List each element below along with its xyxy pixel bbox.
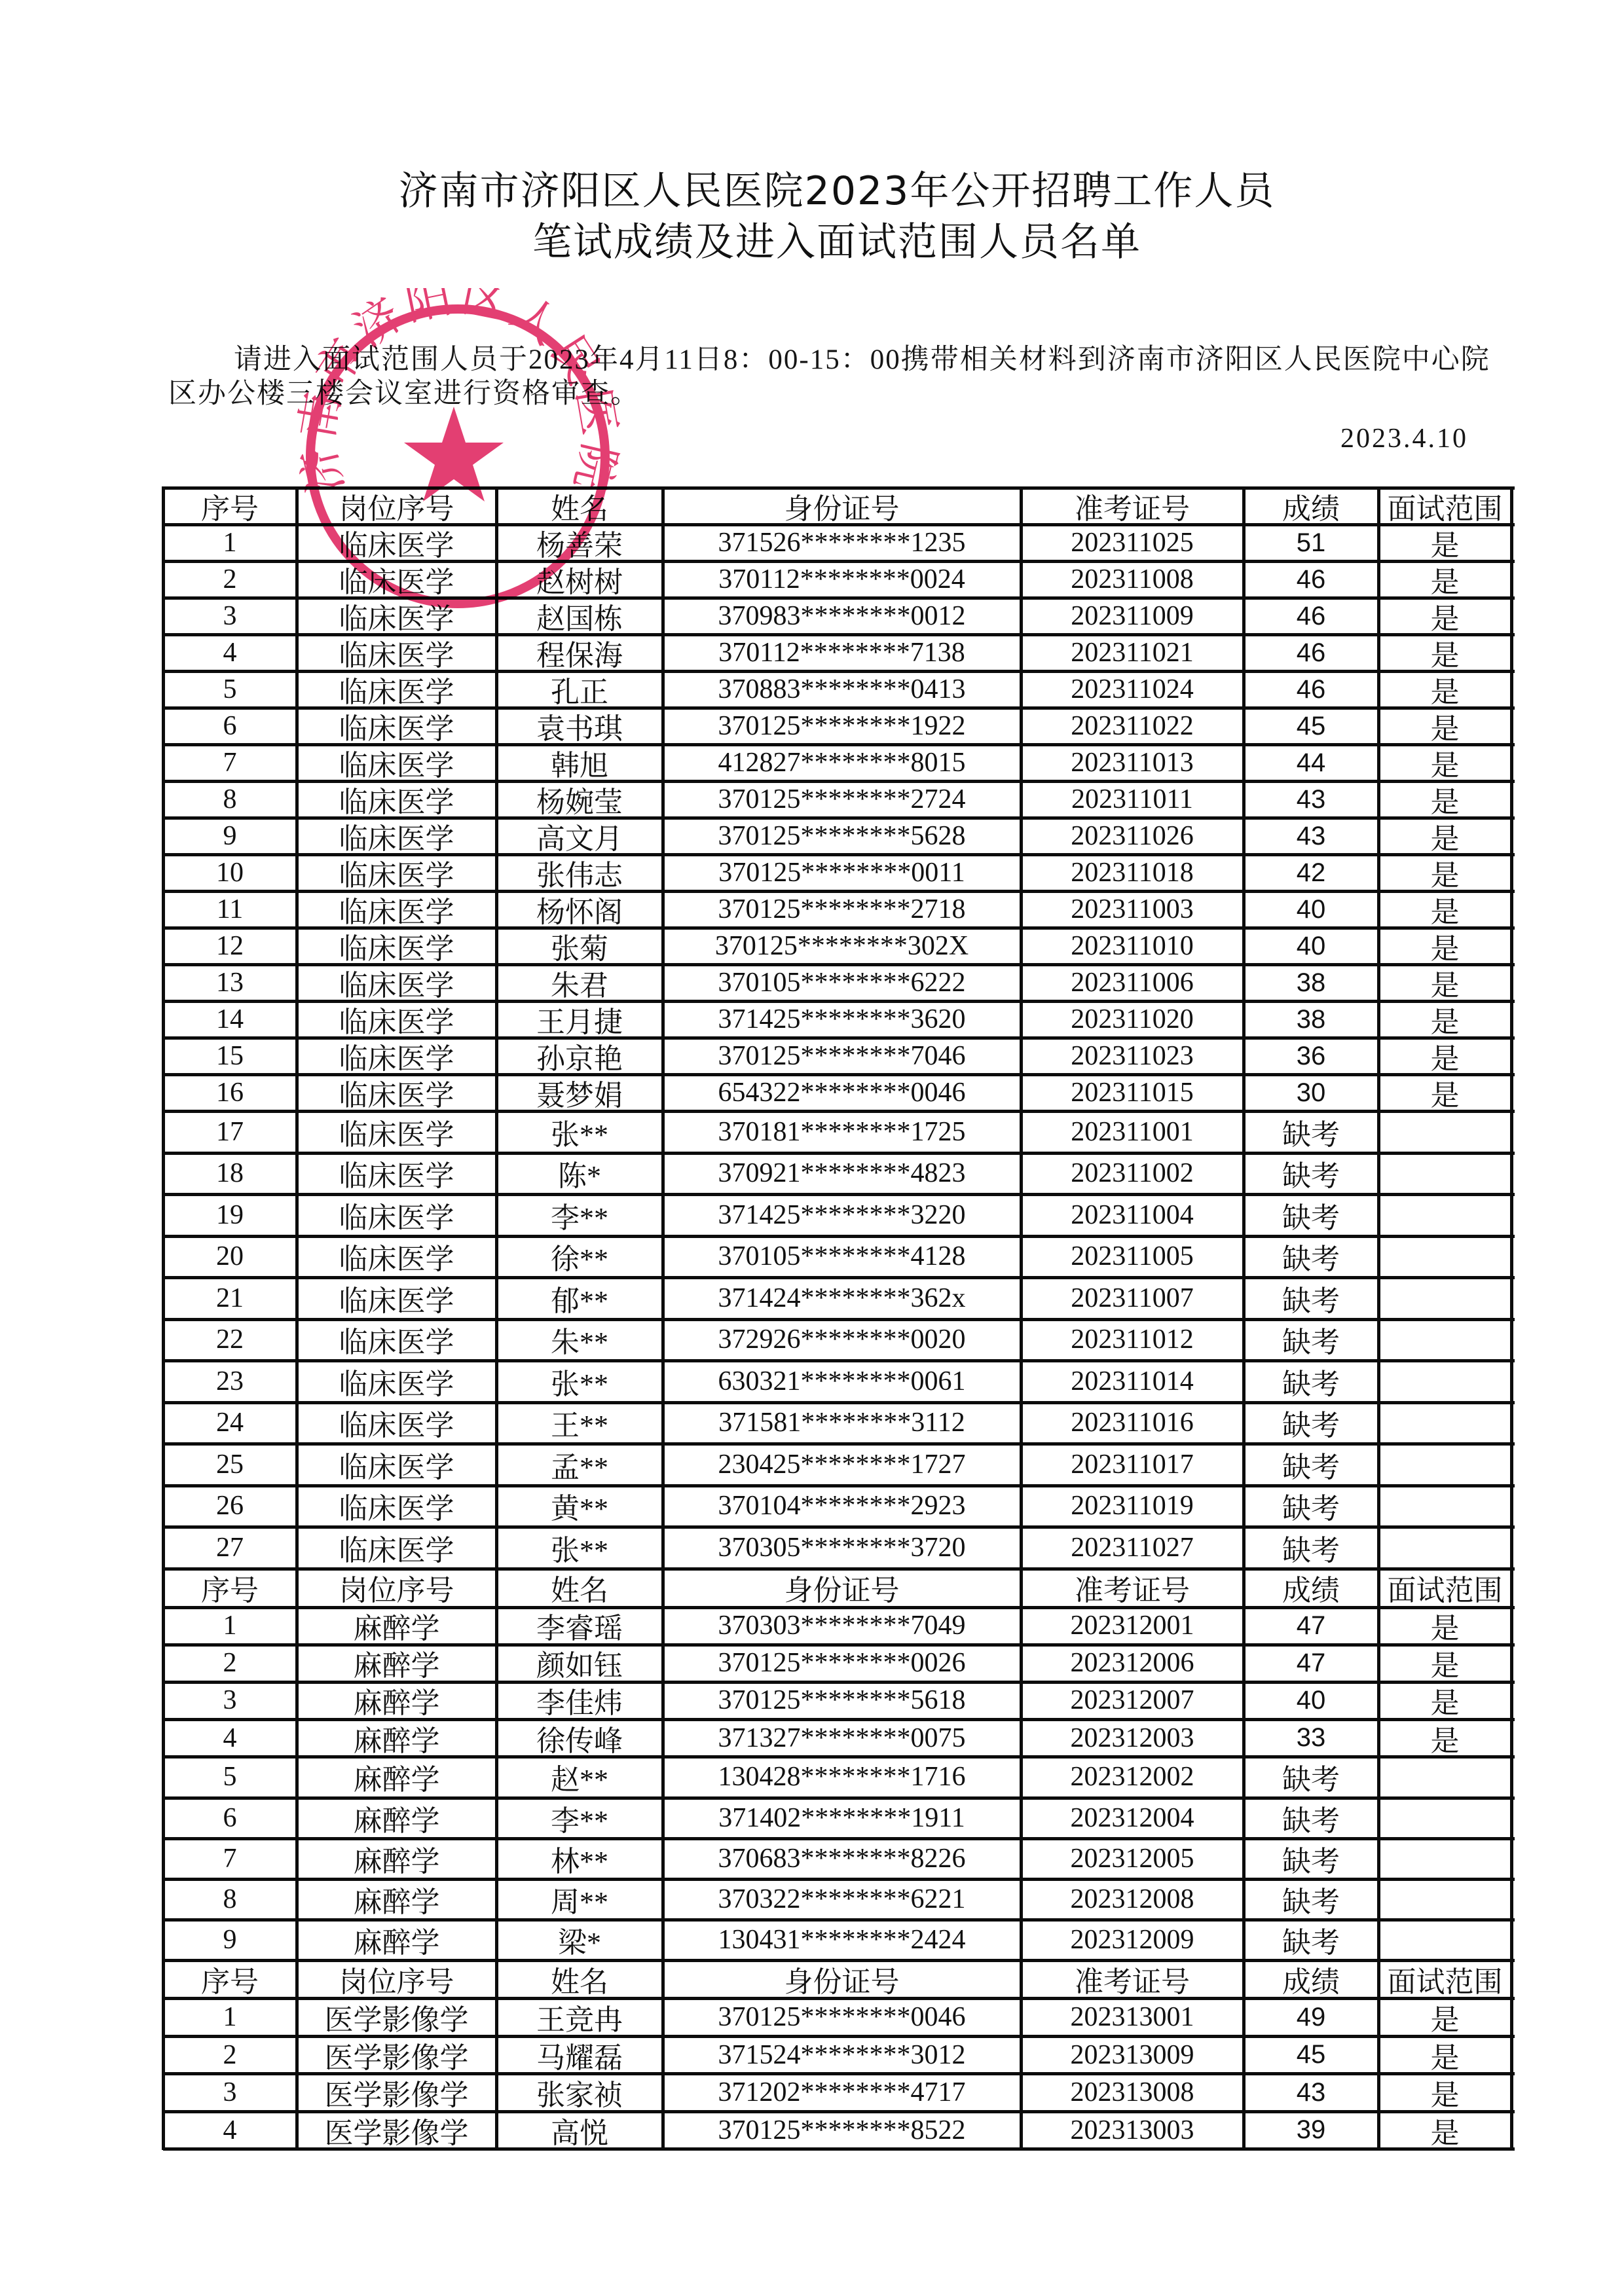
table-cell-interview [1378,1485,1511,1527]
table-cell-exam-number: 202311014 [1021,1360,1244,1402]
table-cell-seq: 5 [163,671,297,708]
table-cell-score: 43 [1244,818,1378,854]
table-cell-position: 临床医学 [297,598,496,634]
table-cell-interview [1378,1527,1511,1569]
table-cell-id-number: 370983********0012 [663,598,1021,634]
table-cell-id-number: 371327********0075 [663,1719,1021,1757]
table-cell-id-number: 370104********2923 [663,1485,1021,1527]
column-header-position: 岗位序号 [297,1569,496,1607]
column-header-score: 成绩 [1244,1569,1378,1607]
table-cell-score: 36 [1244,1038,1378,1074]
table-row-divider [163,2147,1515,2151]
table-cell-position: 临床医学 [297,928,496,964]
table-cell-position: 麻醉学 [297,1682,496,1719]
table-cell-id-number: 370125********8522 [663,2111,1021,2149]
table-cell-score: 缺考 [1244,1277,1378,1319]
column-header-score: 成绩 [1244,488,1378,524]
column-header-seq: 序号 [163,488,297,524]
table-cell-score: 缺考 [1244,1757,1378,1797]
table-cell-score: 46 [1244,634,1378,671]
table-cell-score: 45 [1244,2036,1378,2074]
column-header-exam-number: 准考证号 [1021,1569,1244,1607]
table-cell-score: 38 [1244,1001,1378,1038]
table-cell-id-number: 370683********8226 [663,1838,1021,1879]
table-cell-position: 麻醉学 [297,1645,496,1682]
table-cell-interview: 是 [1378,928,1511,964]
table-cell-position: 临床医学 [297,818,496,854]
table-cell-seq: 7 [163,1838,297,1879]
table-cell-name: 张伟志 [496,854,663,891]
table-cell-id-number: 370125********7046 [663,1038,1021,1074]
table-cell-exam-number: 202311023 [1021,1038,1244,1074]
table-cell-name: 高悦 [496,2111,663,2149]
table-row-divider [163,1959,1515,1962]
table-cell-name: 马耀磊 [496,2036,663,2074]
table-cell-seq: 22 [163,1319,297,1361]
table-cell-seq: 3 [163,598,297,634]
column-header-exam-number: 准考证号 [1021,488,1244,524]
table-cell-score: 40 [1244,1682,1378,1719]
table-cell-name: 赵树树 [496,561,663,598]
table-cell-seq: 21 [163,1277,297,1319]
table-cell-id-number: 370125********0011 [663,854,1021,891]
table-cell-interview [1378,1153,1511,1195]
table-cell-seq: 18 [163,1153,297,1195]
table-cell-score: 40 [1244,928,1378,964]
table-cell-id-number: 371424********362x [663,1277,1021,1319]
table-cell-position: 临床医学 [297,1444,496,1485]
table-row-divider [163,1796,1515,1800]
table-cell-exam-number: 202313009 [1021,2036,1244,2074]
table-row-divider [163,926,1515,930]
table-cell-id-number: 370125********2724 [663,781,1021,818]
table-cell-exam-number: 202313008 [1021,2073,1244,2111]
table-cell-position: 麻醉学 [297,1719,496,1757]
table-cell-exam-number: 202311027 [1021,1527,1244,1569]
table-cell-id-number: 370181********1725 [663,1111,1021,1153]
table-cell-seq: 6 [163,708,297,744]
table-row-divider [163,1681,1515,1684]
table-cell-name: 袁书琪 [496,708,663,744]
table-cell-score: 缺考 [1244,1920,1378,1960]
table-cell-seq: 6 [163,1798,297,1838]
table-cell-id-number: 371581********3112 [663,1402,1021,1444]
table-row-divider [163,1567,1515,1571]
table-cell-exam-number: 202311015 [1021,1074,1244,1111]
table-cell-id-number: 370112********0024 [663,561,1021,598]
table-cell-position: 麻醉学 [297,1879,496,1920]
table-cell-id-number: 370112********7138 [663,634,1021,671]
table-cell-exam-number: 202312009 [1021,1920,1244,1960]
table-cell-name: 周** [496,1879,663,1920]
table-cell-name: 张菊 [496,928,663,964]
table-cell-name: 孟** [496,1444,663,1485]
table-cell-exam-number: 202312001 [1021,1607,1244,1645]
table-cell-exam-number: 202311021 [1021,634,1244,671]
table-row-divider [163,1755,1515,1758]
table-cell-id-number: 370105********6222 [663,964,1021,1001]
table-cell-id-number: 372926********0020 [663,1319,1021,1361]
table-cell-seq: 27 [163,1527,297,1569]
table-cell-score: 39 [1244,2111,1378,2149]
table-cell-seq: 11 [163,891,297,928]
table-cell-name: 程保海 [496,634,663,671]
table-cell-interview: 是 [1378,561,1511,598]
table-cell-name: 张** [496,1360,663,1402]
table-cell-name: 杨怀阁 [496,891,663,928]
table-cell-seq: 20 [163,1236,297,1278]
table-column-divider [661,486,665,2150]
table-cell-seq: 25 [163,1444,297,1485]
column-header-score: 成绩 [1244,1960,1378,1998]
table-cell-position: 临床医学 [297,1319,496,1361]
table-cell-seq: 2 [163,2036,297,2074]
table-cell-interview: 是 [1378,1719,1511,1757]
table-cell-exam-number: 202311019 [1021,1485,1244,1527]
table-row-divider [163,890,1515,893]
table-cell-position: 临床医学 [297,1527,496,1569]
table-cell-name: 郁** [496,1277,663,1319]
column-header-interview: 面试范围 [1378,488,1511,524]
table-cell-id-number: 412827********8015 [663,744,1021,781]
table-row-divider [163,670,1515,673]
column-header-exam-number: 准考证号 [1021,1960,1244,1998]
table-row-divider [163,1525,1515,1529]
table-cell-seq: 8 [163,781,297,818]
table-cell-position: 临床医学 [297,891,496,928]
table-cell-interview [1378,1444,1511,1485]
table-cell-name: 朱君 [496,964,663,1001]
table-cell-name: 张家祯 [496,2073,663,2111]
table-cell-name: 陈* [496,1153,663,1195]
table-cell-score: 缺考 [1244,1194,1378,1236]
table-cell-seq: 17 [163,1111,297,1153]
table-cell-exam-number: 202311022 [1021,708,1244,744]
table-cell-interview: 是 [1378,1682,1511,1719]
table-cell-interview: 是 [1378,1998,1511,2036]
table-cell-interview: 是 [1378,854,1511,891]
table-cell-exam-number: 202311007 [1021,1277,1244,1319]
table-cell-exam-number: 202311013 [1021,744,1244,781]
table-column-divider [1377,486,1380,2150]
table-cell-seq: 3 [163,2073,297,2111]
table-cell-seq: 4 [163,634,297,671]
table-cell-score: 43 [1244,781,1378,818]
table-row-divider [163,1442,1515,1446]
table-cell-name: 李** [496,1798,663,1838]
table-cell-interview: 是 [1378,634,1511,671]
table-cell-id-number: 130428********1716 [663,1757,1021,1797]
table-cell-score: 缺考 [1244,1153,1378,1195]
table-cell-position: 临床医学 [297,708,496,744]
table-cell-interview: 是 [1378,2073,1511,2111]
table-row-divider [163,816,1515,820]
table-cell-position: 临床医学 [297,1111,496,1153]
table-cell-interview [1378,1194,1511,1236]
table-cell-score: 缺考 [1244,1798,1378,1838]
table-cell-position: 临床医学 [297,1038,496,1074]
table-cell-position: 临床医学 [297,964,496,1001]
table-cell-exam-number: 202311011 [1021,781,1244,818]
table-cell-id-number: 370125********5628 [663,818,1021,854]
table-cell-position: 临床医学 [297,781,496,818]
table-cell-exam-number: 202311008 [1021,561,1244,598]
table-row-divider [163,596,1515,600]
table-cell-id-number: 370921********4823 [663,1153,1021,1195]
table-cell-score: 缺考 [1244,1485,1378,1527]
table-row-divider [163,743,1515,746]
table-cell-exam-number: 202311003 [1021,891,1244,928]
table-cell-seq: 1 [163,1998,297,2036]
table-cell-position: 临床医学 [297,1001,496,1038]
table-cell-name: 张** [496,1527,663,1569]
table-cell-position: 临床医学 [297,1194,496,1236]
table-row-divider [163,1718,1515,1721]
column-header-name: 姓名 [496,488,663,524]
table-row-divider [163,963,1515,966]
table-cell-exam-number: 202313001 [1021,1998,1244,2036]
table-cell-exam-number: 202311012 [1021,1319,1244,1361]
table-cell-seq: 2 [163,1645,297,1682]
table-cell-position: 临床医学 [297,854,496,891]
score-table: 序号岗位序号姓名身份证号准考证号成绩面试范围1临床医学杨善荣371526****… [0,0,1624,2296]
table-cell-id-number: 370125********302X [663,928,1021,964]
table-cell-score: 缺考 [1244,1838,1378,1879]
table-cell-score: 43 [1244,2073,1378,2111]
table-cell-id-number: 371526********1235 [663,524,1021,561]
table-cell-interview: 是 [1378,744,1511,781]
table-cell-interview [1378,1838,1511,1879]
table-cell-exam-number: 202312002 [1021,1757,1244,1797]
table-cell-position: 临床医学 [297,1360,496,1402]
table-cell-interview: 是 [1378,1074,1511,1111]
column-header-id-number: 身份证号 [663,1569,1021,1607]
table-row-divider [163,1401,1515,1404]
table-cell-seq: 13 [163,964,297,1001]
table-cell-seq: 4 [163,2111,297,2149]
table-cell-interview: 是 [1378,1038,1511,1074]
table-cell-interview: 是 [1378,524,1511,561]
column-header-seq: 序号 [163,1569,297,1607]
column-header-seq: 序号 [163,1960,297,1998]
table-cell-exam-number: 202311004 [1021,1194,1244,1236]
table-row-divider [163,523,1515,526]
table-cell-name: 黄** [496,1485,663,1527]
table-cell-interview: 是 [1378,891,1511,928]
table-cell-position: 临床医学 [297,634,496,671]
table-cell-id-number: 370125********0046 [663,1998,1021,2036]
table-cell-score: 缺考 [1244,1444,1378,1485]
table-cell-score: 33 [1244,1719,1378,1757]
table-cell-score: 缺考 [1244,1879,1378,1920]
table-cell-exam-number: 202311018 [1021,854,1244,891]
table-cell-position: 麻醉学 [297,1607,496,1645]
table-cell-name: 李佳炜 [496,1682,663,1719]
table-cell-position: 临床医学 [297,1402,496,1444]
table-cell-score: 51 [1244,524,1378,561]
table-cell-interview: 是 [1378,598,1511,634]
table-row-divider [163,1837,1515,1840]
table-cell-seq: 24 [163,1402,297,1444]
table-cell-interview: 是 [1378,818,1511,854]
table-cell-exam-number: 202311025 [1021,524,1244,561]
table-cell-interview: 是 [1378,1645,1511,1682]
table-cell-name: 李睿瑶 [496,1607,663,1645]
column-header-position: 岗位序号 [297,488,496,524]
table-cell-position: 临床医学 [297,1153,496,1195]
column-header-name: 姓名 [496,1960,663,1998]
table-row-divider [163,633,1515,636]
table-cell-id-number: 370322********6221 [663,1879,1021,1920]
table-cell-interview [1378,1879,1511,1920]
table-cell-position: 麻醉学 [297,1920,496,1960]
table-row-divider [163,1110,1515,1113]
table-row-divider [163,853,1515,856]
table-cell-id-number: 371402********1911 [663,1798,1021,1838]
table-cell-exam-number: 202312006 [1021,1645,1244,1682]
table-cell-score: 46 [1244,598,1378,634]
table-cell-seq: 26 [163,1485,297,1527]
table-cell-id-number: 230425********1727 [663,1444,1021,1485]
table-cell-position: 临床医学 [297,524,496,561]
table-cell-exam-number: 202311024 [1021,671,1244,708]
table-cell-score: 38 [1244,964,1378,1001]
table-row-divider [163,1484,1515,1487]
table-cell-name: 朱** [496,1319,663,1361]
table-cell-exam-number: 202311006 [1021,964,1244,1001]
table-row-divider [163,1878,1515,1881]
table-cell-score: 缺考 [1244,1527,1378,1569]
table-cell-exam-number: 202311017 [1021,1444,1244,1485]
table-cell-score: 42 [1244,854,1378,891]
table-cell-name: 颜如钰 [496,1645,663,1682]
table-cell-interview: 是 [1378,964,1511,1001]
table-cell-seq: 7 [163,744,297,781]
table-cell-position: 临床医学 [297,1277,496,1319]
table-cell-name: 李** [496,1194,663,1236]
table-cell-id-number: 130431********2424 [663,1920,1021,1960]
table-cell-interview [1378,1798,1511,1838]
table-cell-seq: 4 [163,1719,297,1757]
table-cell-exam-number: 202311009 [1021,598,1244,634]
table-cell-exam-number: 202311001 [1021,1111,1244,1153]
table-cell-seq: 15 [163,1038,297,1074]
table-cell-interview: 是 [1378,1001,1511,1038]
table-cell-exam-number: 202311016 [1021,1402,1244,1444]
table-cell-score: 缺考 [1244,1319,1378,1361]
table-row-divider [163,1997,1515,2000]
table-column-divider [295,486,299,2150]
table-cell-id-number: 370125********2718 [663,891,1021,928]
table-cell-score: 30 [1244,1074,1378,1111]
table-cell-interview: 是 [1378,671,1511,708]
table-cell-id-number: 370125********1922 [663,708,1021,744]
table-cell-position: 麻醉学 [297,1757,496,1797]
table-row-divider [163,1606,1515,1609]
table-cell-id-number: 371202********4717 [663,2073,1021,2111]
table-cell-id-number: 371425********3220 [663,1194,1021,1236]
table-cell-seq: 16 [163,1074,297,1111]
table-row-divider [163,1918,1515,1922]
table-cell-name: 王** [496,1402,663,1444]
table-cell-interview: 是 [1378,708,1511,744]
table-cell-position: 麻醉学 [297,1838,496,1879]
table-cell-seq: 8 [163,1879,297,1920]
table-row-divider [163,1073,1515,1076]
table-cell-interview [1378,1277,1511,1319]
table-cell-score: 46 [1244,561,1378,598]
table-cell-interview [1378,1236,1511,1278]
table-cell-seq: 9 [163,818,297,854]
table-cell-id-number: 654322********0046 [663,1074,1021,1111]
table-cell-id-number: 370305********3720 [663,1527,1021,1569]
column-header-id-number: 身份证号 [663,1960,1021,1998]
table-row-divider [163,1643,1515,1647]
table-cell-seq: 1 [163,1607,297,1645]
column-header-interview: 面试范围 [1378,1569,1511,1607]
table-cell-score: 47 [1244,1645,1378,1682]
table-cell-seq: 19 [163,1194,297,1236]
table-cell-id-number: 371524********3012 [663,2036,1021,2074]
table-cell-exam-number: 202312008 [1021,1879,1244,1920]
table-column-divider [1242,486,1246,2150]
table-cell-name: 高文月 [496,818,663,854]
table-cell-seq: 5 [163,1757,297,1797]
table-row-divider [163,1318,1515,1321]
table-cell-exam-number: 202312003 [1021,1719,1244,1757]
table-cell-interview: 是 [1378,1607,1511,1645]
table-cell-interview [1378,1920,1511,1960]
table-cell-name: 徐** [496,1236,663,1278]
table-cell-seq: 14 [163,1001,297,1038]
table-cell-exam-number: 202313003 [1021,2111,1244,2149]
table-cell-exam-number: 202311005 [1021,1236,1244,1278]
table-cell-interview [1378,1402,1511,1444]
table-row-divider [163,1000,1515,1003]
table-row-divider [163,1359,1515,1362]
table-cell-interview: 是 [1378,781,1511,818]
table-cell-exam-number: 202311020 [1021,1001,1244,1038]
table-column-divider [162,486,165,2150]
table-cell-name: 孔正 [496,671,663,708]
table-row-divider [163,1036,1515,1040]
table-cell-name: 梁* [496,1920,663,1960]
table-cell-seq: 23 [163,1360,297,1402]
table-cell-position: 临床医学 [297,1074,496,1111]
table-row-divider [163,1193,1515,1196]
table-cell-name: 王竞冉 [496,1998,663,2036]
table-cell-exam-number: 202311010 [1021,928,1244,964]
table-cell-name: 林** [496,1838,663,1879]
table-cell-exam-number: 202312004 [1021,1798,1244,1838]
table-cell-position: 临床医学 [297,744,496,781]
column-header-interview: 面试范围 [1378,1960,1511,1998]
column-header-name: 姓名 [496,1569,663,1607]
table-cell-interview [1378,1360,1511,1402]
table-cell-interview: 是 [1378,2036,1511,2074]
table-cell-position: 医学影像学 [297,2036,496,2074]
table-cell-interview [1378,1757,1511,1797]
table-row-divider [163,486,1515,490]
table-cell-id-number: 370883********0413 [663,671,1021,708]
table-cell-id-number: 370125********0026 [663,1645,1021,1682]
table-cell-name: 孙京艳 [496,1038,663,1074]
table-cell-position: 临床医学 [297,1485,496,1527]
table-cell-exam-number: 202311002 [1021,1153,1244,1195]
table-cell-score: 46 [1244,671,1378,708]
table-cell-position: 临床医学 [297,561,496,598]
table-cell-name: 王月捷 [496,1001,663,1038]
